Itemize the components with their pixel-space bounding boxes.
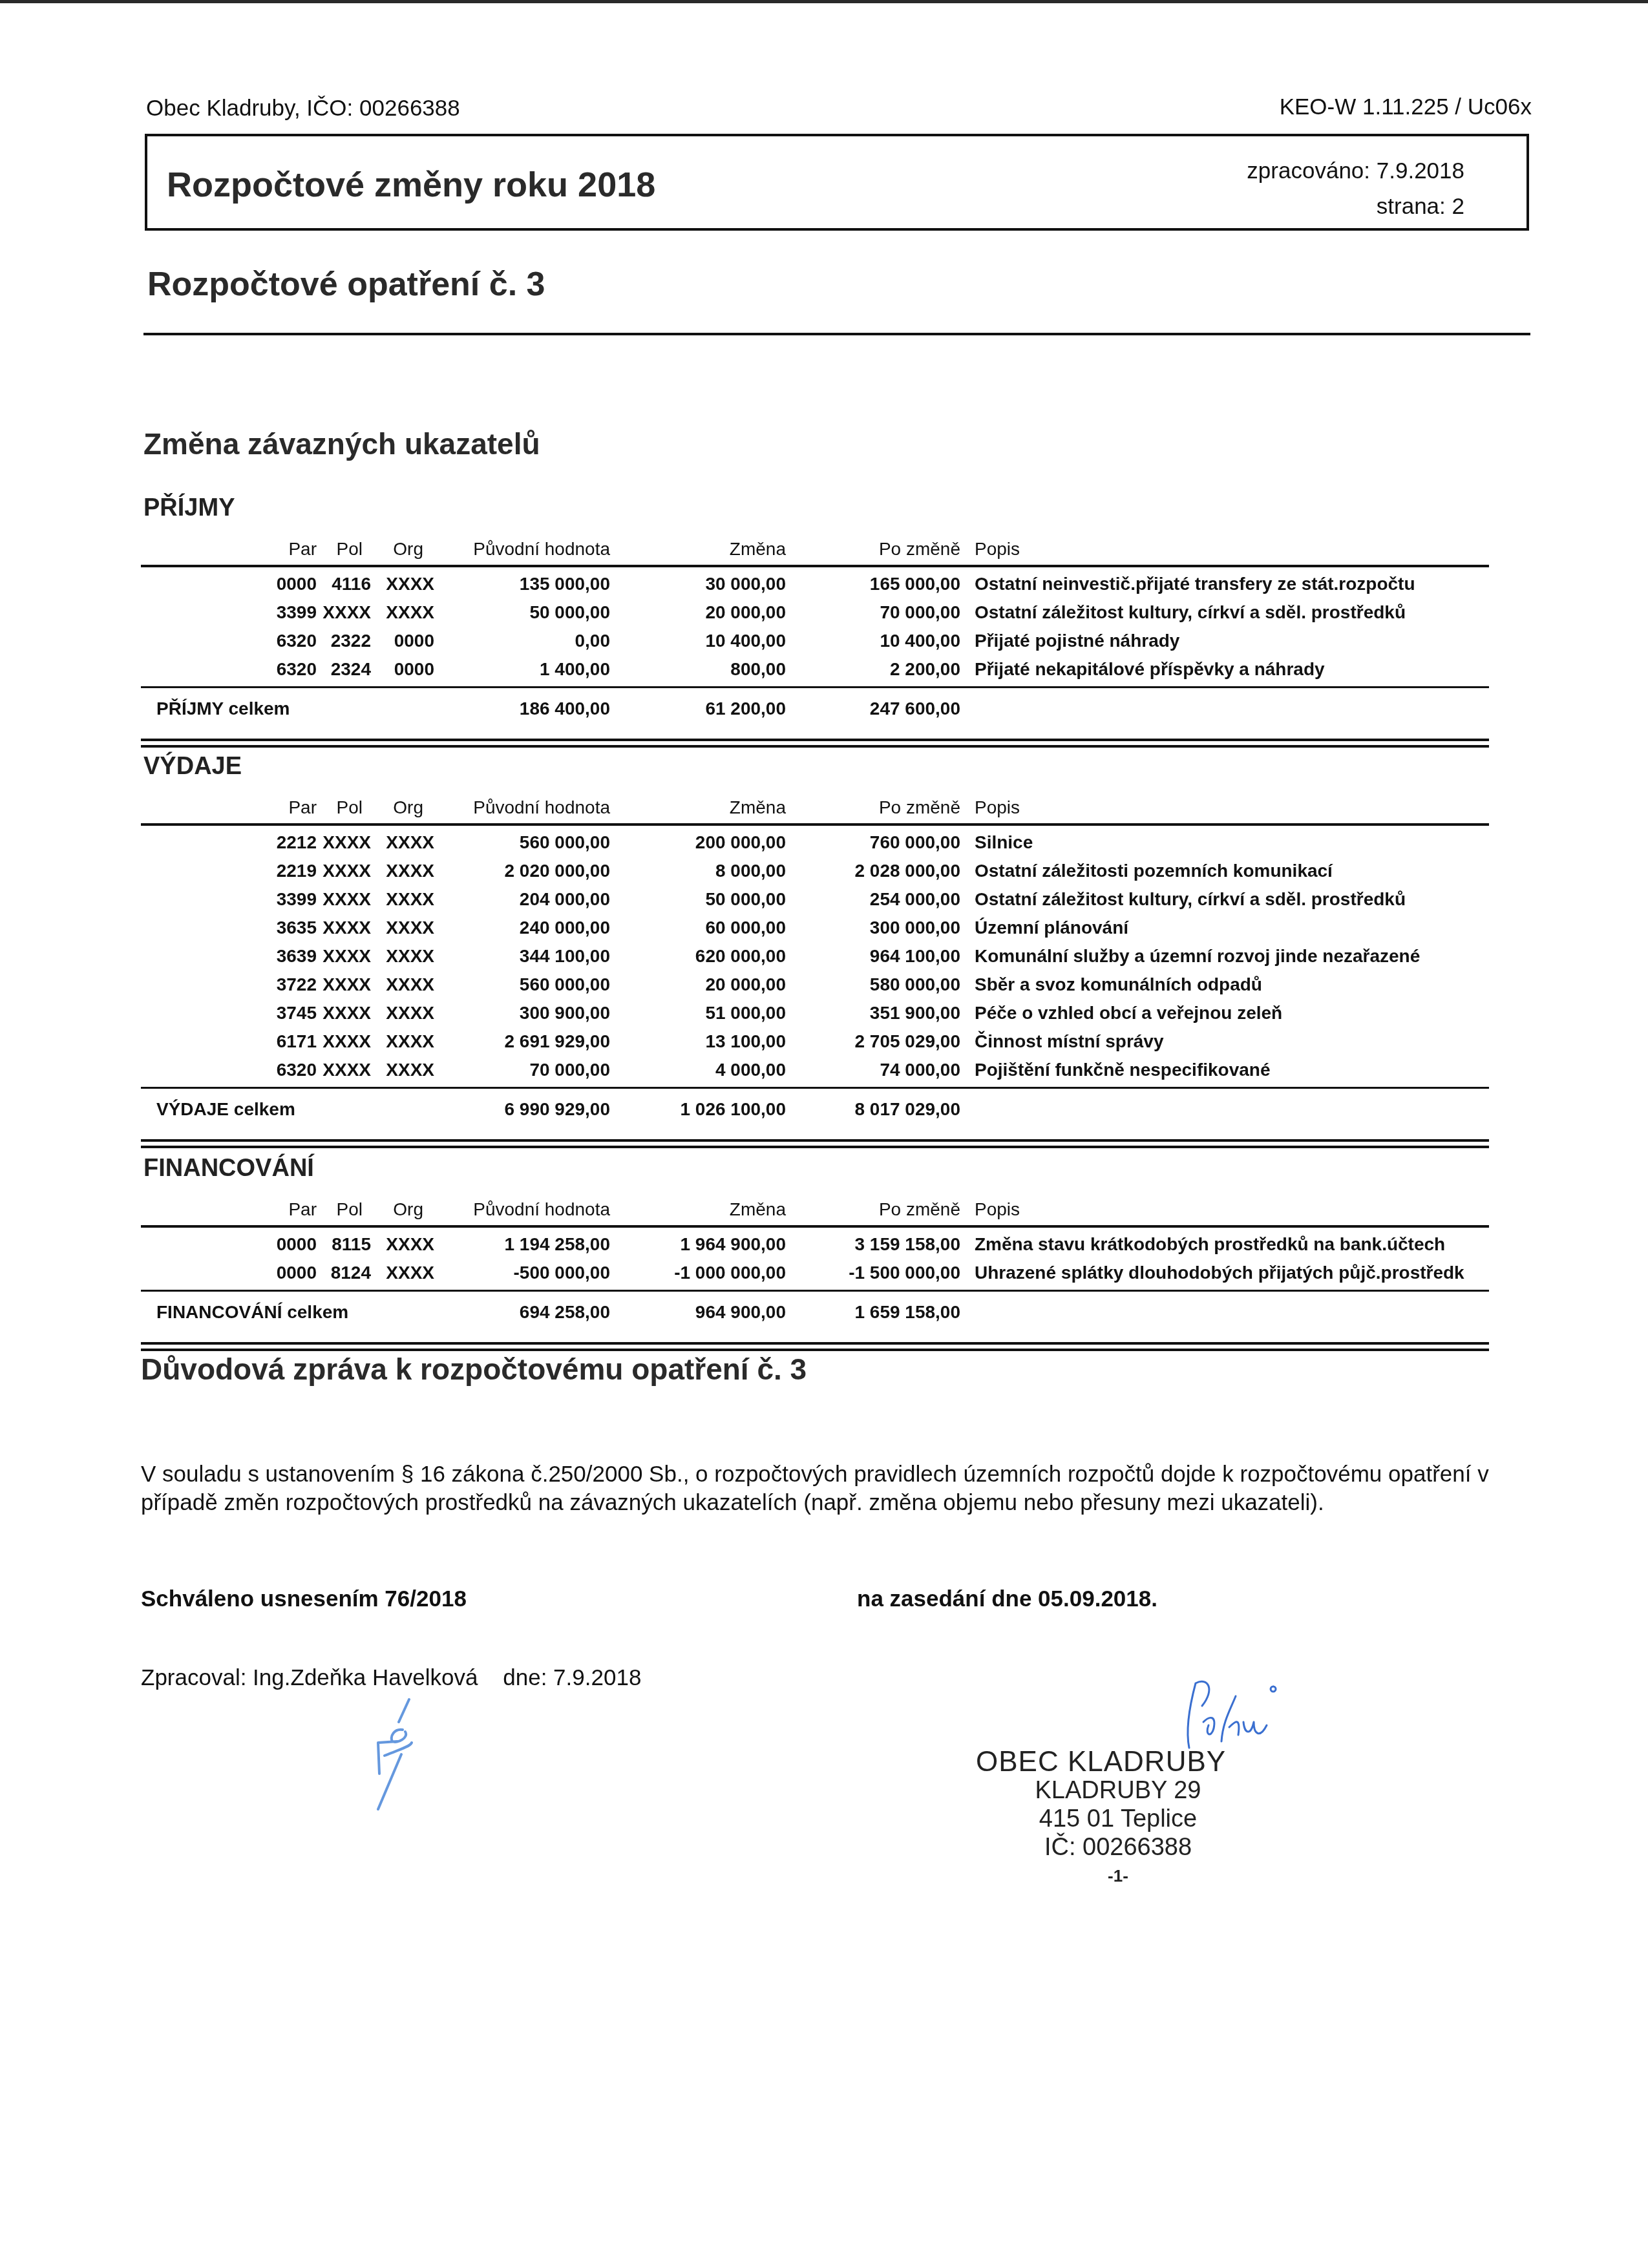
cell-after: 2 028 000,00: [855, 861, 961, 881]
justification-title: Důvodová zpráva k rozpočtovému opatření …: [141, 1352, 807, 1387]
cell-par: 3635: [277, 918, 317, 938]
document-title: Rozpočtové změny roku 2018: [167, 165, 655, 205]
cell-org: XXXX: [386, 889, 434, 910]
header-rule: [141, 823, 1489, 826]
cell-pol: XXXX: [322, 889, 371, 910]
cell-par: 6320: [277, 631, 317, 651]
cell-change: 1 964 900,00: [681, 1234, 787, 1255]
cell-after: 2 200,00: [890, 659, 960, 680]
total-after: 1 659 158,00: [855, 1302, 961, 1323]
col-original: Původní hodnota: [473, 539, 610, 560]
cell-pol: XXXX: [322, 1003, 371, 1024]
title-meta: zpracováno: 7.9.2018 strana: 2: [1247, 153, 1464, 224]
cell-change: 60 000,00: [705, 918, 786, 938]
cell-description: Přijaté pojistné náhrady: [975, 631, 1179, 651]
table-row: 00008115XXXX1 194 258,001 964 900,003 15…: [141, 1230, 1489, 1259]
section-title-vydaje: VÝDAJE: [143, 753, 242, 781]
cell-after: 10 400,00: [880, 631, 960, 651]
total-change: 61 200,00: [705, 698, 786, 719]
signature-processor: [359, 1696, 436, 1819]
total-label: FINANCOVÁNÍ celkem: [156, 1302, 348, 1323]
cell-change: 20 000,00: [705, 974, 786, 995]
double-rule-bottom: [141, 745, 1489, 748]
cell-par: 3745: [277, 1003, 317, 1024]
total-original: 694 258,00: [520, 1302, 610, 1323]
double-rule-top: [141, 739, 1489, 741]
cell-org: XXXX: [386, 1003, 434, 1024]
table-row: 2219XXXXXXXX2 020 000,008 000,002 028 00…: [141, 857, 1489, 885]
cell-par: 6320: [277, 659, 317, 680]
cell-par: 2219: [277, 861, 317, 881]
body-rule: [141, 686, 1489, 688]
cell-org: XXXX: [386, 1234, 434, 1255]
col-pol: Pol: [337, 797, 363, 818]
cell-pol: XXXX: [322, 861, 371, 881]
cell-original: 1 400,00: [540, 659, 610, 680]
col-description: Popis: [975, 1199, 1020, 1220]
cell-description: Komunální služby a územní rozvoj jinde n…: [975, 946, 1420, 967]
cell-pol: XXXX: [322, 602, 371, 623]
cell-change: 50 000,00: [705, 889, 786, 910]
cell-after: 74 000,00: [880, 1060, 960, 1080]
cell-after: 3 159 158,00: [855, 1234, 961, 1255]
cell-after: 165 000,00: [870, 574, 960, 594]
organization-header: Obec Kladruby, IČO: 00266388: [146, 96, 460, 121]
cell-description: Uhrazené splátky dlouhodobých přijatých …: [975, 1263, 1464, 1283]
cell-after: 760 000,00: [870, 832, 960, 853]
table-financovani: ParPolOrgPůvodní hodnotaZměnaPo změněPop…: [141, 1195, 1489, 1351]
col-org: Org: [393, 797, 423, 818]
cell-change: 20 000,00: [705, 602, 786, 623]
cell-change: 30 000,00: [705, 574, 786, 594]
total-label: VÝDAJE celkem: [156, 1099, 295, 1120]
table-row: 00008124XXXX-500 000,00-1 000 000,00-1 5…: [141, 1259, 1489, 1287]
cell-pol: XXXX: [322, 1060, 371, 1080]
cell-org: XXXX: [386, 946, 434, 967]
total-row: PŘÍJMY celkem186 400,0061 200,00247 600,…: [141, 695, 1489, 723]
cell-original: 70 000,00: [529, 1060, 610, 1080]
table-vydaje: ParPolOrgPůvodní hodnotaZměnaPo změněPop…: [141, 793, 1489, 1148]
cell-original: 560 000,00: [520, 832, 610, 853]
table-row: 3399XXXXXXXX204 000,0050 000,00254 000,0…: [141, 885, 1489, 914]
cell-change: 4 000,00: [715, 1060, 786, 1080]
cell-description: Ostatní neinvestič.přijaté transfery ze …: [975, 574, 1415, 594]
total-change: 1 026 100,00: [681, 1099, 787, 1120]
cell-after: 2 705 029,00: [855, 1031, 961, 1052]
total-after: 8 017 029,00: [855, 1099, 961, 1120]
table-header: ParPolOrgPůvodní hodnotaZměnaPo změněPop…: [141, 535, 1489, 563]
header-rule: [141, 565, 1489, 567]
col-pol: Pol: [337, 539, 363, 560]
processed-date: zpracováno: 7.9.2018: [1247, 153, 1464, 189]
cell-change: 800,00: [730, 659, 786, 680]
table-row: 3745XXXXXXXX300 900,0051 000,00351 900,0…: [141, 999, 1489, 1027]
cell-org: XXXX: [386, 974, 434, 995]
cell-description: Ostatní záležitosti pozemních komunikací: [975, 861, 1333, 881]
cell-original: -500 000,00: [514, 1263, 610, 1283]
cell-description: Péče o vzhled obcí a veřejnou zeleň: [975, 1003, 1282, 1024]
table-row: 6171XXXXXXXX2 691 929,0013 100,002 705 0…: [141, 1027, 1489, 1056]
cell-change: 13 100,00: [705, 1031, 786, 1052]
total-row: FINANCOVÁNÍ celkem694 258,00964 900,001 …: [141, 1298, 1489, 1327]
cell-change: 10 400,00: [705, 631, 786, 651]
table-row: 3639XXXXXXXX344 100,00620 000,00964 100,…: [141, 942, 1489, 971]
col-pol: Pol: [337, 1199, 363, 1220]
body-rule: [141, 1087, 1489, 1089]
col-description: Popis: [975, 797, 1020, 818]
cell-pol: XXXX: [322, 832, 371, 853]
cell-par: 0000: [277, 574, 317, 594]
stamp-line-city: 415 01 Teplice: [969, 1805, 1267, 1833]
col-after: Po změně: [879, 797, 960, 818]
cell-org: XXXX: [386, 861, 434, 881]
cell-description: Sběr a svoz komunálních odpadů: [975, 974, 1262, 995]
cell-after: -1 500 000,00: [849, 1263, 960, 1283]
cell-pol: 2324: [331, 659, 371, 680]
cell-par: 3722: [277, 974, 317, 995]
cell-org: XXXX: [386, 1031, 434, 1052]
cell-description: Pojištění funkčně nespecifikované: [975, 1060, 1270, 1080]
total-after: 247 600,00: [870, 698, 960, 719]
cell-pol: XXXX: [322, 918, 371, 938]
approval-session: na zasedání dne 05.09.2018.: [857, 1586, 1157, 1612]
cell-description: Silnice: [975, 832, 1033, 853]
cell-org: XXXX: [386, 602, 434, 623]
cell-description: Ostatní záležitost kultury, církví a sdě…: [975, 602, 1406, 623]
cell-pol: 8115: [332, 1234, 371, 1255]
cell-pol: XXXX: [322, 1031, 371, 1052]
total-row: VÝDAJE celkem6 990 929,001 026 100,008 0…: [141, 1095, 1489, 1124]
approval-resolution: Schváleno usnesením 76/2018: [141, 1586, 467, 1612]
cell-org: XXXX: [386, 918, 434, 938]
table-row: 2212XXXXXXXX560 000,00200 000,00760 000,…: [141, 828, 1489, 857]
col-change: Změna: [730, 797, 786, 818]
col-change: Změna: [730, 1199, 786, 1220]
cell-org: 0000: [394, 631, 434, 651]
cell-change: 620 000,00: [695, 946, 786, 967]
col-org: Org: [393, 1199, 423, 1220]
justification-paragraph: V souladu s ustanovením § 16 zákona č.25…: [141, 1460, 1505, 1517]
cell-original: 344 100,00: [520, 946, 610, 967]
total-original: 186 400,00: [520, 698, 610, 719]
cell-org: XXXX: [386, 832, 434, 853]
cell-after: 351 900,00: [870, 1003, 960, 1024]
cell-original: 2 020 000,00: [505, 861, 611, 881]
cell-pol: XXXX: [322, 946, 371, 967]
cell-description: Činnost místní správy: [975, 1031, 1164, 1052]
cell-par: 0000: [277, 1263, 317, 1283]
cell-description: Přijaté nekapitálové příspěvky a náhrady: [975, 659, 1325, 680]
cell-pol: 4116: [332, 574, 371, 594]
col-change: Změna: [730, 539, 786, 560]
body-rule: [141, 1290, 1489, 1292]
section-title-financovani: FINANCOVÁNÍ: [143, 1155, 314, 1182]
stamp-line-number: -1-: [969, 1862, 1267, 1890]
cell-par: 3399: [277, 602, 317, 623]
cell-original: 1 194 258,00: [505, 1234, 611, 1255]
table-prijmy: ParPolOrgPůvodní hodnotaZměnaPo změněPop…: [141, 535, 1489, 748]
stamp-line-ic: IČ: 00266388: [969, 1833, 1267, 1862]
official-stamp: OBEC KLADRUBY KLADRUBY 29 415 01 Teplice…: [969, 1748, 1267, 1890]
stamp-line-address: KLADRUBY 29: [969, 1776, 1267, 1805]
cell-description: Územní plánování: [975, 918, 1128, 938]
cell-par: 3399: [277, 889, 317, 910]
cell-par: 2212: [277, 832, 317, 853]
col-org: Org: [393, 539, 423, 560]
page-number: strana: 2: [1247, 189, 1464, 224]
section-title-prijmy: PŘÍJMY: [143, 494, 235, 522]
cell-description: Ostatní záležitost kultury, církví a sdě…: [975, 889, 1406, 910]
table-row: 6320232400001 400,00800,002 200,00Přijat…: [141, 655, 1489, 684]
table-row: 3722XXXXXXXX560 000,0020 000,00580 000,0…: [141, 971, 1489, 999]
col-description: Popis: [975, 539, 1020, 560]
cell-after: 70 000,00: [880, 602, 960, 623]
total-label: PŘÍJMY celkem: [156, 698, 290, 719]
cell-change: 51 000,00: [705, 1003, 786, 1024]
cell-pol: XXXX: [322, 974, 371, 995]
double-rule-top: [141, 1139, 1489, 1142]
cell-after: 964 100,00: [870, 946, 960, 967]
table-row: 3399XXXXXXXX50 000,0020 000,0070 000,00O…: [141, 598, 1489, 627]
cell-pol: 8124: [331, 1263, 371, 1283]
cell-original: 240 000,00: [520, 918, 610, 938]
cell-after: 254 000,00: [870, 889, 960, 910]
cell-org: XXXX: [386, 574, 434, 594]
col-after: Po změně: [879, 1199, 960, 1220]
double-rule-top: [141, 1342, 1489, 1345]
processed-by: Zpracoval: Ing.Zdeňka Havelková dne: 7.9…: [141, 1665, 641, 1691]
cell-change: 8 000,00: [715, 861, 786, 881]
stamp-line-name: OBEC KLADRUBY: [969, 1748, 1267, 1776]
cell-original: 204 000,00: [520, 889, 610, 910]
cell-pol: 2322: [331, 631, 371, 651]
table-row: 6320232200000,0010 400,0010 400,00Přijat…: [141, 627, 1489, 655]
cell-par: 3639: [277, 946, 317, 967]
cell-after: 580 000,00: [870, 974, 960, 995]
cell-original: 560 000,00: [520, 974, 610, 995]
cell-par: 6171: [277, 1031, 317, 1052]
cell-description: Změna stavu krátkodobých prostředků na b…: [975, 1234, 1445, 1255]
col-par: Par: [288, 797, 317, 818]
cell-org: XXXX: [386, 1060, 434, 1080]
table-row: 3635XXXXXXXX240 000,0060 000,00300 000,0…: [141, 914, 1489, 942]
cell-org: XXXX: [386, 1263, 434, 1283]
cell-change: -1 000 000,00: [674, 1263, 786, 1283]
table-row: 6320XXXXXXXX70 000,004 000,0074 000,00Po…: [141, 1056, 1489, 1084]
cell-org: 0000: [394, 659, 434, 680]
double-rule-bottom: [141, 1146, 1489, 1148]
indicators-title: Změna závazných ukazatelů: [143, 426, 540, 461]
title-box: Rozpočtové změny roku 2018 zpracováno: 7…: [145, 134, 1529, 231]
header-rule: [141, 1225, 1489, 1228]
col-after: Po změně: [879, 539, 960, 560]
col-original: Původní hodnota: [473, 1199, 610, 1220]
col-par: Par: [288, 1199, 317, 1220]
cell-original: 135 000,00: [520, 574, 610, 594]
cell-original: 0,00: [575, 631, 611, 651]
col-original: Původní hodnota: [473, 797, 610, 818]
cell-par: 6320: [277, 1060, 317, 1080]
total-change: 964 900,00: [695, 1302, 786, 1323]
scan-edge: [0, 0, 1648, 3]
col-par: Par: [288, 539, 317, 560]
cell-change: 200 000,00: [695, 832, 786, 853]
software-version: KEO-W 1.11.225 / Uc06x: [1280, 94, 1532, 120]
measure-title: Rozpočtové opatření č. 3: [147, 265, 545, 304]
double-rule-bottom: [141, 1349, 1489, 1351]
cell-original: 50 000,00: [529, 602, 610, 623]
table-header: ParPolOrgPůvodní hodnotaZměnaPo změněPop…: [141, 1195, 1489, 1224]
table-header: ParPolOrgPůvodní hodnotaZměnaPo změněPop…: [141, 793, 1489, 822]
cell-after: 300 000,00: [870, 918, 960, 938]
cell-original: 2 691 929,00: [505, 1031, 611, 1052]
table-row: 00004116XXXX135 000,0030 000,00165 000,0…: [141, 570, 1489, 598]
signature-mayor: [1176, 1677, 1325, 1754]
total-original: 6 990 929,00: [505, 1099, 611, 1120]
cell-original: 300 900,00: [520, 1003, 610, 1024]
cell-par: 0000: [277, 1234, 317, 1255]
divider: [143, 333, 1530, 335]
